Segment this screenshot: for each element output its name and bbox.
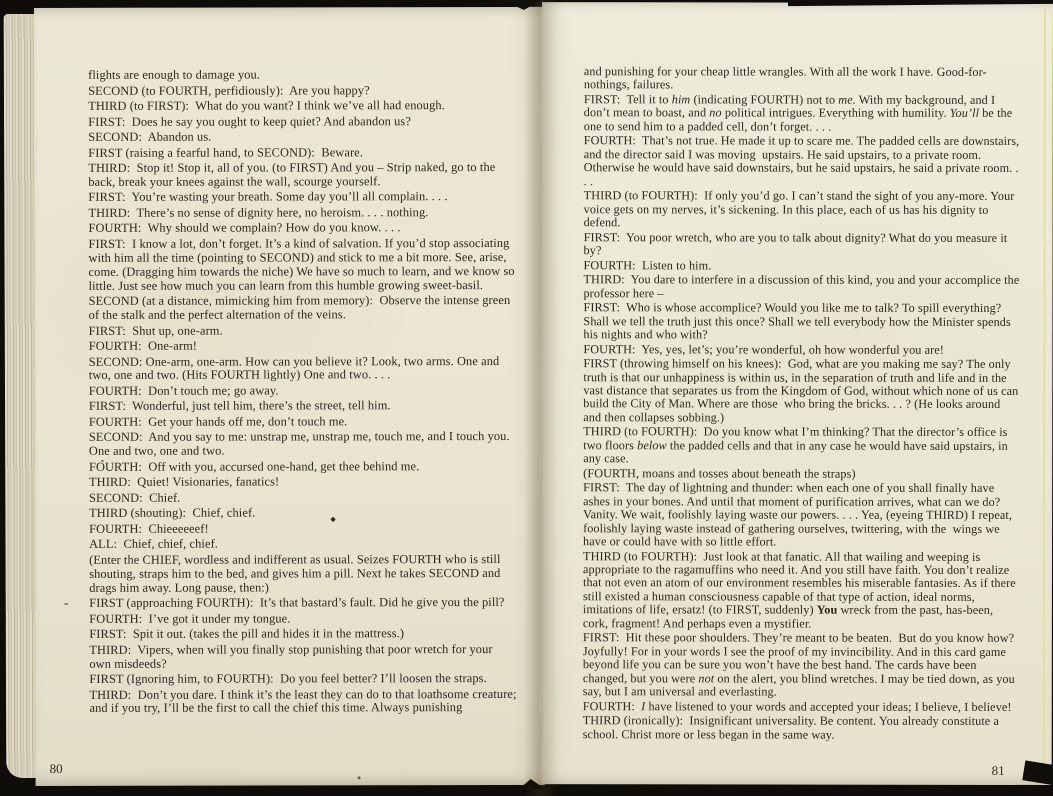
paragraph: FOURTH: That’s not true. He made it up t… <box>584 135 1022 189</box>
paragraph: SECOND (at a distance, mimicking him fro… <box>89 294 517 323</box>
paragraph: THIRD: Stop it! Stop it, all of you. (to… <box>88 161 516 190</box>
paragraph: FIRST: Who is whose accomplice? Would yo… <box>583 301 1021 342</box>
paragraph: FIRST (Ignoring him, to FOURTH): Do you … <box>89 672 517 687</box>
emphasis-text: You <box>817 603 838 617</box>
left-page-number: 80 <box>50 761 63 777</box>
paragraph: THIRD (to FOURTH): Just look at that fan… <box>583 550 1021 631</box>
paragraph: SECOND: One-arm, one-arm. How can you be… <box>89 355 517 384</box>
emphasis-text: below <box>637 438 667 452</box>
paragraph: FOURTH: Off with you, accursed one-hand,… <box>89 460 517 475</box>
paragraph: FOURTH: Yes, yes, let’s; you’re wonderfu… <box>583 343 1021 357</box>
right-page: and punishing for your cheap little wran… <box>541 2 1053 785</box>
paragraph: SECOND: And you say to me: unstrap me, u… <box>89 430 517 459</box>
paragraph: ALL: Chief, chief, chief. <box>89 537 517 552</box>
paragraph: THIRD: You dare to interfere in a discus… <box>583 273 1021 301</box>
page-edge-stack <box>4 14 38 778</box>
paragraph: FIRST: You’re wasting your breath. Some … <box>88 190 516 205</box>
paragraph: FIRST: Spit it out. (takes the pill and … <box>89 627 517 642</box>
corner-shadow <box>1022 760 1053 785</box>
emphasis-text: me. <box>838 93 856 107</box>
paragraph: FOURTH: Why should we complain? How do y… <box>88 221 516 236</box>
paragraph: FOURTH: Chieeeeeef! <box>89 522 517 537</box>
left-page: flights are enough to damage you.SECOND … <box>34 7 545 786</box>
paragraph: THIRD (shouting): Chief, chief. <box>89 506 517 521</box>
paragraph: FIRST: Hit these poor shoulders. They’re… <box>583 631 1021 699</box>
paragraph: FIRST: Does he say you ought to keep qui… <box>88 114 516 129</box>
paragraph: FOURTH: I’ve got it under my tongue. <box>89 612 517 627</box>
emphasis-text: no <box>709 106 721 120</box>
paragraph: THIRD: There’s no sense of dignity here,… <box>88 206 516 221</box>
paragraph: FIRST: You poor wretch, who are you to t… <box>584 231 1022 259</box>
paragraph: FIRST: Wonderful, just tell him, there’s… <box>89 399 517 414</box>
ink-speck <box>101 460 104 462</box>
page-crease <box>1043 3 1046 785</box>
paragraph: FOURTH: Listen to him. <box>584 259 1022 273</box>
paragraph: THIRD: Quiet! Visionaries, fanatics! <box>89 475 517 490</box>
paragraph: FOURTH: Get your hands off me, don’t tou… <box>89 415 517 430</box>
right-page-text: and punishing for your cheap little wran… <box>583 65 1022 743</box>
ink-speck <box>64 603 68 605</box>
paragraph: THIRD (ironically): Insignificant univer… <box>583 714 1021 742</box>
paragraph: THIRD (to FIRST): What do you want? I th… <box>88 99 516 114</box>
book-scan: flights are enough to damage you.SECOND … <box>0 0 1053 796</box>
emphasis-text: not <box>698 671 714 685</box>
paragraph: FOURTH: One-arm! <box>89 339 517 354</box>
paragraph: (Enter the CHIEF, wordless and indiffere… <box>89 553 517 596</box>
paragraph: SECOND: Abandon us. <box>88 130 516 145</box>
emphasis-text: I <box>641 699 645 713</box>
left-page-text: flights are enough to damage you.SECOND … <box>88 68 517 718</box>
paragraph: FIRST: Tell it to him (indicating FOURTH… <box>584 93 1022 134</box>
paragraph: THIRD (to FOURTH): Do you know what I’m … <box>583 426 1021 467</box>
paragraph: THIRD: Vipers, when will you finally sto… <box>89 643 517 672</box>
paragraph: FOURTH: I have listened to your words an… <box>583 700 1021 714</box>
paragraph: SECOND: Chief. <box>89 491 517 506</box>
paragraph: (FOURTH, moans and tosses about beneath … <box>583 467 1021 481</box>
paragraph: FIRST (raising a fearful hand, to SECOND… <box>88 145 516 160</box>
paragraph: SECOND (to FOURTH, perfidiously): Are yo… <box>88 83 516 98</box>
paragraph: and punishing for your cheap little wran… <box>584 65 1022 93</box>
paragraph: FIRST: I know a lot, don’t forget. It’s … <box>88 237 516 294</box>
paragraph: THIRD (to FOURTH): If only you’d go. I c… <box>584 189 1022 230</box>
paragraph: FIRST (approaching FOURTH): It’s that ba… <box>89 596 517 611</box>
ink-speck <box>358 776 361 779</box>
paragraph: flights are enough to damage you. <box>88 68 516 83</box>
paragraph: THIRD: Don’t you dare. I think it’s the … <box>89 688 517 717</box>
paragraph: FOURTH: Don’t touch me; go away. <box>89 384 517 399</box>
emphasis-text: him <box>672 92 691 106</box>
emphasis-text: You’ll <box>950 106 979 120</box>
right-page-number: 81 <box>992 763 1005 779</box>
paragraph: FIRST (throwing himself on his knees): G… <box>583 357 1021 425</box>
paragraph: FIRST: The day of lightning and thunder:… <box>583 482 1021 550</box>
paragraph: FIRST: Shut up, one-arm. <box>89 324 517 339</box>
